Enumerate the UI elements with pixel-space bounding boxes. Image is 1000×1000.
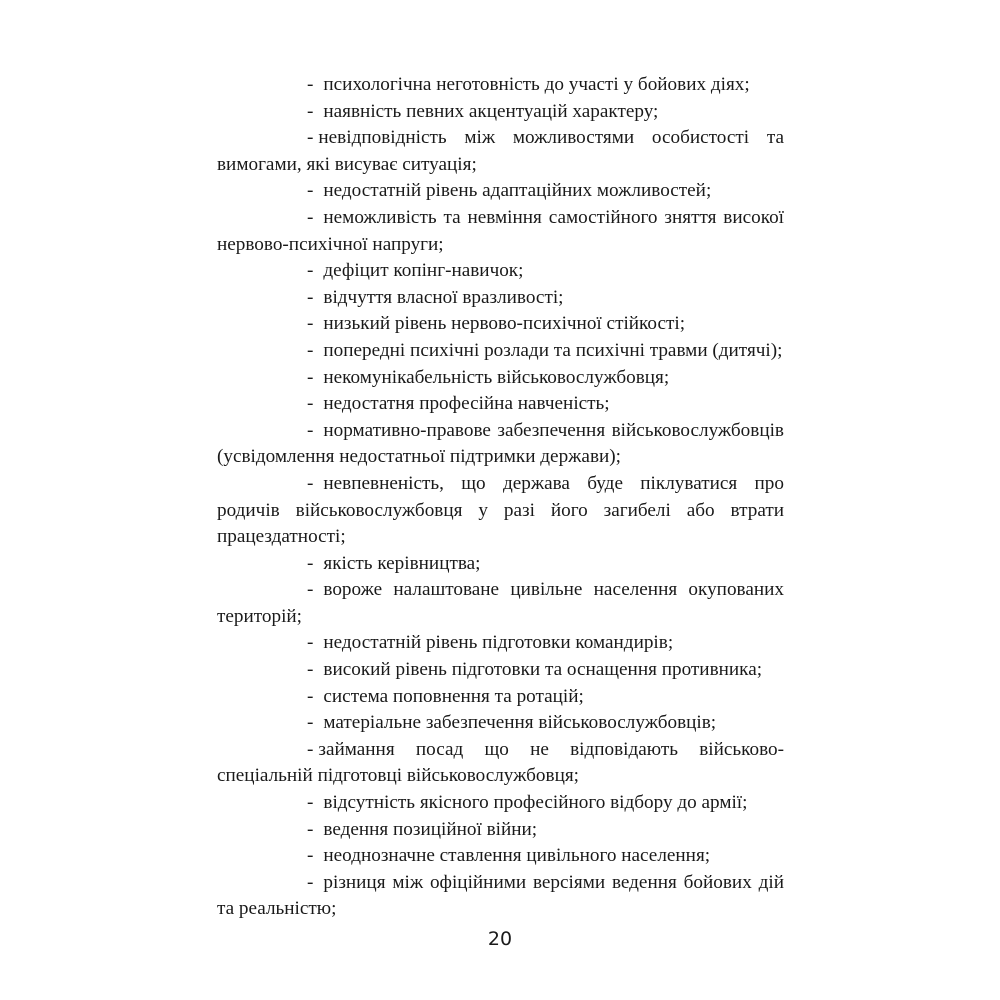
dash-bullet: -	[262, 258, 313, 285]
dash-bullet: -	[262, 870, 313, 897]
dash-bullet: -	[262, 737, 313, 764]
list-item-text: відсутність якісного професійного відбор…	[323, 792, 747, 813]
list-item-text: якість керівництва;	[323, 553, 480, 574]
dash-bullet: -	[262, 391, 313, 418]
list-item: -недостатній рівень підготовки командирі…	[217, 630, 784, 657]
list-item: -дефіцит копінг-навичок;	[217, 258, 784, 285]
list-item-text: некомунікабельність військовослужбовця;	[323, 367, 669, 388]
list-item: -наявність певних акцентуацій характеру;	[217, 99, 784, 126]
list-item-text: низький рівень нервово-психічної стійкос…	[323, 313, 685, 334]
dash-bullet: -	[262, 285, 313, 312]
list-item: -відсутність якісного професійного відбо…	[217, 790, 784, 817]
list-item-text: попередні психічні розлади та психічні т…	[323, 340, 782, 361]
list-item-text: матеріальне забезпечення військовослужбо…	[323, 712, 716, 733]
dash-bullet: -	[262, 365, 313, 392]
dash-bullet: -	[262, 843, 313, 870]
list-item: -займання посад що не відповідають війсь…	[217, 737, 784, 790]
list-item: -якість керівництва;	[217, 551, 784, 578]
list-item-text: ведення позиційної війни;	[323, 819, 537, 840]
list-item: -некомунікабельність військовослужбовця;	[217, 365, 784, 392]
list-item-text: психологічна неготовність до участі у бо…	[323, 74, 749, 95]
dash-bullet: -	[262, 338, 313, 365]
dash-bullet: -	[262, 125, 313, 152]
list-item: -недостатній рівень адаптаційних можливо…	[217, 178, 784, 205]
document-page: -психологічна неготовність до участі у б…	[0, 0, 1000, 1000]
dash-bullet: -	[262, 710, 313, 737]
dash-bullet: -	[262, 630, 313, 657]
list-item: -невпевненість, що держава буде піклуват…	[217, 471, 784, 551]
list-item: -високий рівень підготовки та оснащення …	[217, 657, 784, 684]
dash-bullet: -	[262, 99, 313, 126]
dash-bullet: -	[262, 418, 313, 445]
list-item: -неможливість та невміння самостійного з…	[217, 205, 784, 258]
dash-bullet: -	[262, 551, 313, 578]
list-item: -неоднозначне ставлення цивільного насел…	[217, 843, 784, 870]
list-item: -попередні психічні розлади та психічні …	[217, 338, 784, 365]
list-item: -ведення позиційної війни;	[217, 817, 784, 844]
dash-bullet: -	[262, 178, 313, 205]
list-item-text: неоднозначне ставлення цивільного населе…	[323, 845, 710, 866]
dash-bullet: -	[262, 684, 313, 711]
list-item-text: система поповнення та ротацій;	[323, 686, 583, 707]
list-item: -нормативно-правове забезпечення військо…	[217, 418, 784, 471]
list-item-text: недостатній рівень адаптаційних можливос…	[323, 180, 711, 201]
list-item: -різниця між офіційними версіями ведення…	[217, 870, 784, 923]
dash-bullet: -	[262, 72, 313, 99]
list-item-text: високий рівень підготовки та оснащення п…	[323, 659, 762, 680]
list-item-text: недостатній рівень підготовки командирів…	[323, 632, 673, 653]
bullet-list: -психологічна неготовність до участі у б…	[217, 72, 784, 923]
dash-bullet: -	[262, 311, 313, 338]
dash-bullet: -	[262, 790, 313, 817]
list-item: -вороже налаштоване цивільне населення о…	[217, 577, 784, 630]
list-item: -недостатня професійна навченість;	[217, 391, 784, 418]
list-item: -відчуття власної вразливості;	[217, 285, 784, 312]
dash-bullet: -	[262, 205, 313, 232]
dash-bullet: -	[262, 471, 313, 498]
list-item: -психологічна неготовність до участі у б…	[217, 72, 784, 99]
page-number: 20	[0, 928, 1000, 950]
list-item: -система поповнення та ротацій;	[217, 684, 784, 711]
list-item-text: дефіцит копінг-навичок;	[323, 260, 523, 281]
list-item: -низький рівень нервово-психічної стійко…	[217, 311, 784, 338]
dash-bullet: -	[262, 577, 313, 604]
list-item: -матеріальне забезпечення військовослужб…	[217, 710, 784, 737]
list-item-text: недостатня професійна навченість;	[323, 393, 609, 414]
list-item-text: наявність певних акцентуацій характеру;	[323, 101, 658, 122]
list-item: -невідповідність між можливостями особис…	[217, 125, 784, 178]
dash-bullet: -	[262, 817, 313, 844]
dash-bullet: -	[262, 657, 313, 684]
list-item-text: відчуття власної вразливості;	[323, 287, 563, 308]
